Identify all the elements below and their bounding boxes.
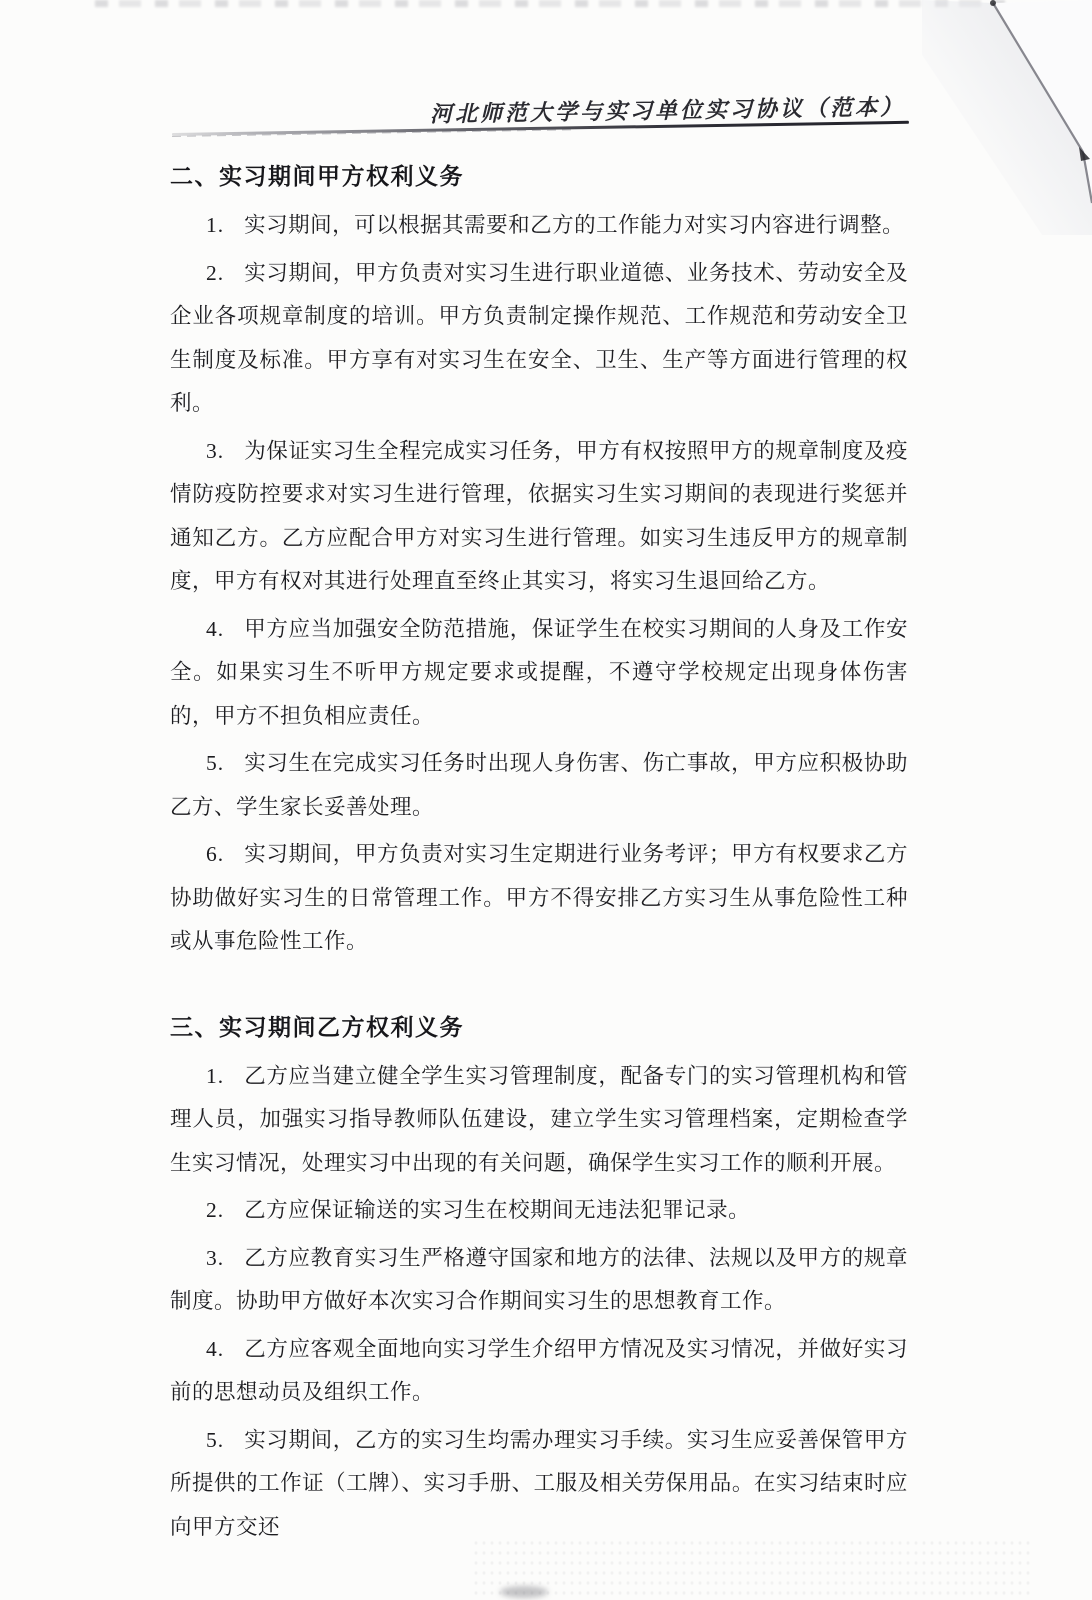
document-body: 二、实习期间甲方权利义务 1.实习期间，可以根据其需要和乙方的工作能力对实习内容…	[170, 160, 908, 1553]
clause-text: 甲方应当加强安全防范措施，保证学生在校实习期间的人身及工作安全。如果实习生不听甲…	[170, 617, 908, 728]
clause-number: 2.	[206, 261, 224, 285]
clause-number: 3.	[206, 1246, 224, 1270]
scan-smudge	[500, 1586, 548, 1598]
clause-paragraph: 2.乙方应保证输送的实习生在校期间无违法犯罪记录。	[170, 1189, 908, 1233]
clause-text: 为保证实习生全程完成实习任务，甲方有权按照甲方的规章制度及疫情防疫防控要求对实习…	[170, 439, 908, 594]
clause-text: 实习期间，可以根据其需要和乙方的工作能力对实习内容进行调整。	[244, 213, 904, 237]
clause-paragraph: 1.实习期间，可以根据其需要和乙方的工作能力对实习内容进行调整。	[170, 204, 908, 248]
document-page: 河北师范大学与实习单位实习协议（范本） 二、实习期间甲方权利义务 1.实习期间，…	[0, 0, 1092, 1600]
clause-number: 5.	[206, 1428, 224, 1452]
clause-number: 4.	[206, 1337, 224, 1361]
clause-paragraph: 6.实习期间，甲方负责对实习生定期进行业务考评；甲方有权要求乙方协助做好实习生的…	[170, 833, 908, 964]
scan-bleedthrough-bottom	[472, 1538, 1032, 1600]
clause-number: 2.	[206, 1198, 224, 1222]
clause-number: 5.	[206, 751, 224, 775]
section-heading: 三、实习期间乙方权利义务	[170, 1011, 908, 1043]
clause-number: 1.	[206, 1064, 224, 1088]
section-heading: 二、实习期间甲方权利义务	[170, 160, 908, 192]
section-party-a-rights: 二、实习期间甲方权利义务 1.实习期间，可以根据其需要和乙方的工作能力对实习内容…	[170, 160, 908, 964]
section-party-b-rights: 三、实习期间乙方权利义务 1.乙方应当建立健全学生实习管理制度，配备专门的实习管…	[170, 1011, 908, 1550]
clause-paragraph: 5.实习生在完成实习任务时出现人身伤害、伤亡事故，甲方应积极协助乙方、学生家长妥…	[170, 742, 908, 829]
clause-text: 实习期间，乙方的实习生均需办理实习手续。实习生应妥善保管甲方所提供的工作证（工牌…	[170, 1428, 908, 1539]
clause-number: 1.	[206, 213, 224, 237]
clause-number: 4.	[206, 617, 224, 641]
clause-paragraph: 4.甲方应当加强安全防范措施，保证学生在校实习期间的人身及工作安全。如果实习生不…	[170, 608, 908, 739]
clause-number: 6.	[206, 842, 224, 866]
clause-text: 乙方应客观全面地向实习学生介绍甲方情况及实习情况，并做好实习前的思想动员及组织工…	[170, 1337, 908, 1405]
clause-paragraph: 3.乙方应教育实习生严格遵守国家和地方的法律、法规以及甲方的规章制度。协助甲方做…	[170, 1237, 908, 1324]
clause-text: 实习期间，甲方负责对实习生进行职业道德、业务技术、劳动安全及企业各项规章制度的培…	[170, 261, 908, 416]
clause-text: 乙方应教育实习生严格遵守国家和地方的法律、法规以及甲方的规章制度。协助甲方做好本…	[170, 1246, 908, 1314]
clause-paragraph: 4.乙方应客观全面地向实习学生介绍甲方情况及实习情况，并做好实习前的思想动员及组…	[170, 1328, 908, 1415]
clause-text: 实习生在完成实习任务时出现人身伤害、伤亡事故，甲方应积极协助乙方、学生家长妥善处…	[170, 751, 908, 819]
clause-text: 乙方应保证输送的实习生在校期间无违法犯罪记录。	[244, 1198, 750, 1222]
page-corner-fold	[922, 0, 1092, 235]
clause-paragraph: 1.乙方应当建立健全学生实习管理制度，配备专门的实习管理机构和管理人员，加强实习…	[170, 1055, 908, 1186]
clause-paragraph: 5.实习期间，乙方的实习生均需办理实习手续。实习生应妥善保管甲方所提供的工作证（…	[170, 1419, 908, 1550]
clause-number: 3.	[206, 439, 224, 463]
clause-text: 实习期间，甲方负责对实习生定期进行业务考评；甲方有权要求乙方协助做好实习生的日常…	[170, 842, 908, 953]
clause-text: 乙方应当建立健全学生实习管理制度，配备专门的实习管理机构和管理人员，加强实习指导…	[170, 1064, 908, 1175]
scan-bleedthrough-top	[95, 0, 1005, 7]
clause-paragraph: 2.实习期间，甲方负责对实习生进行职业道德、业务技术、劳动安全及企业各项规章制度…	[170, 252, 908, 426]
clause-paragraph: 3.为保证实习生全程完成实习任务，甲方有权按照甲方的规章制度及疫情防疫防控要求对…	[170, 430, 908, 604]
